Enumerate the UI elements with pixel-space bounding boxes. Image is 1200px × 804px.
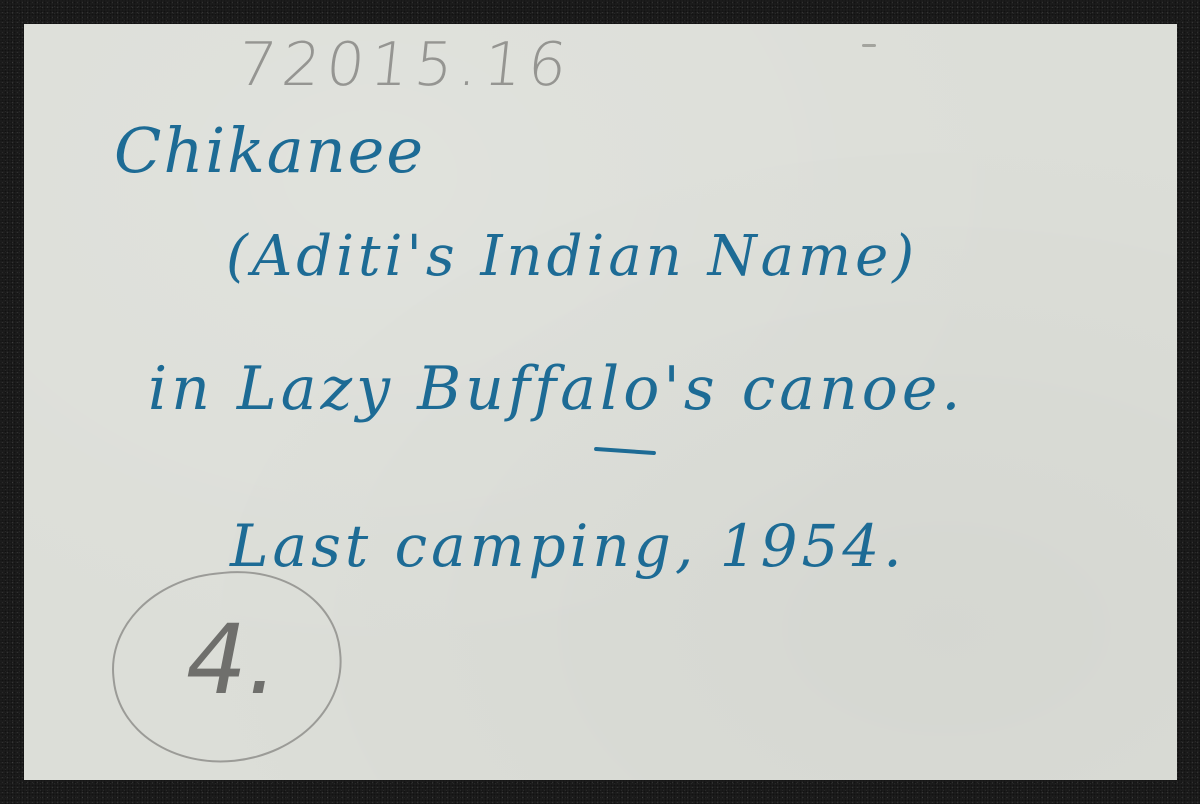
ink-underline	[594, 447, 656, 455]
caption-note: (Aditi's Indian Name)	[226, 224, 918, 289]
photo-card: 72015.16 Chikanee (Aditi's Indian Name) …	[24, 24, 1177, 780]
accession-number: 72015.16	[234, 30, 576, 100]
caption-location: in Lazy Buffalo's canoe.	[148, 354, 964, 424]
circled-number: 4.	[186, 604, 278, 716]
pencil-mark	[862, 44, 876, 47]
caption-date: Last camping, 1954.	[230, 512, 906, 580]
caption-name: Chikanee	[114, 114, 425, 187]
